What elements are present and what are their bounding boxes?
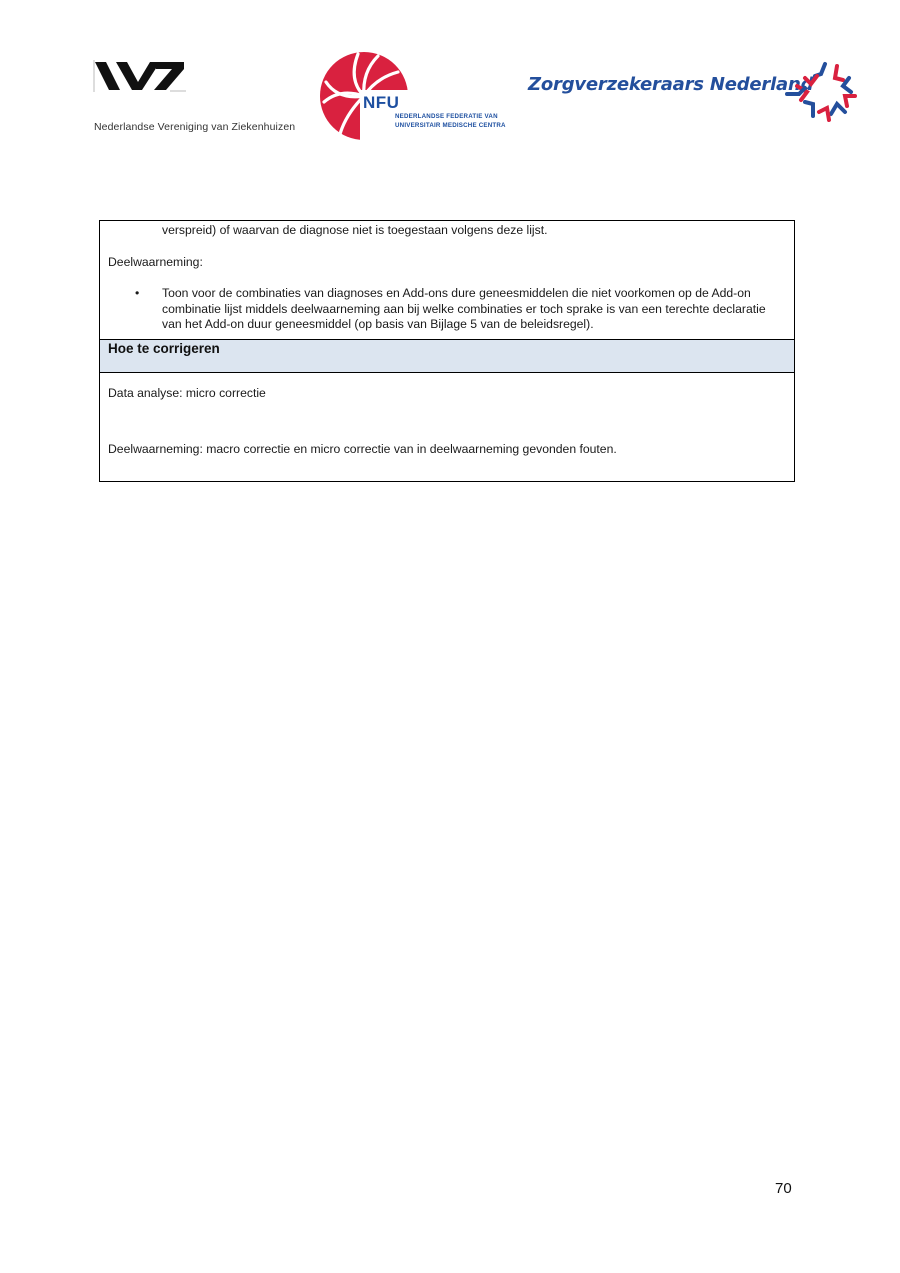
zn-figures-icon (785, 56, 865, 126)
correction-line: Deelwaarneming: macro correctie en micro… (108, 442, 786, 458)
list-item: • Toon voor de combinaties van diagnoses… (108, 286, 786, 333)
nvz-logo-icon (92, 58, 188, 94)
zn-wordmark: Zorgverzekeraars Nederland (528, 74, 813, 95)
page-number: 70 (775, 1180, 792, 1197)
section-header-hoe-te-corrigeren: Hoe te corrigeren (100, 339, 794, 373)
nvz-subtitle: Nederlandse Vereniging van Ziekenhuizen (94, 121, 295, 133)
correction-line: Data analyse: micro correctie (108, 386, 786, 402)
nfu-wordmark: NFU (363, 93, 399, 113)
bullet-icon: • (108, 286, 162, 333)
nfu-subtitle: NEDERLANDSE FEDERATIE VAN UNIVERSITAIR M… (395, 113, 506, 130)
continued-text: verspreid) of waarvan de diagnose niet i… (108, 223, 786, 239)
correction-cell: Data analyse: micro correctie Deelwaarne… (100, 373, 794, 482)
deelwaarneming-label: Deelwaarneming: (108, 255, 786, 271)
description-cell: verspreid) of waarvan de diagnose niet i… (100, 221, 794, 339)
bullet-text: Toon voor de combinaties van diagnoses e… (162, 286, 786, 333)
criteria-table: verspreid) of waarvan de diagnose niet i… (99, 220, 795, 482)
